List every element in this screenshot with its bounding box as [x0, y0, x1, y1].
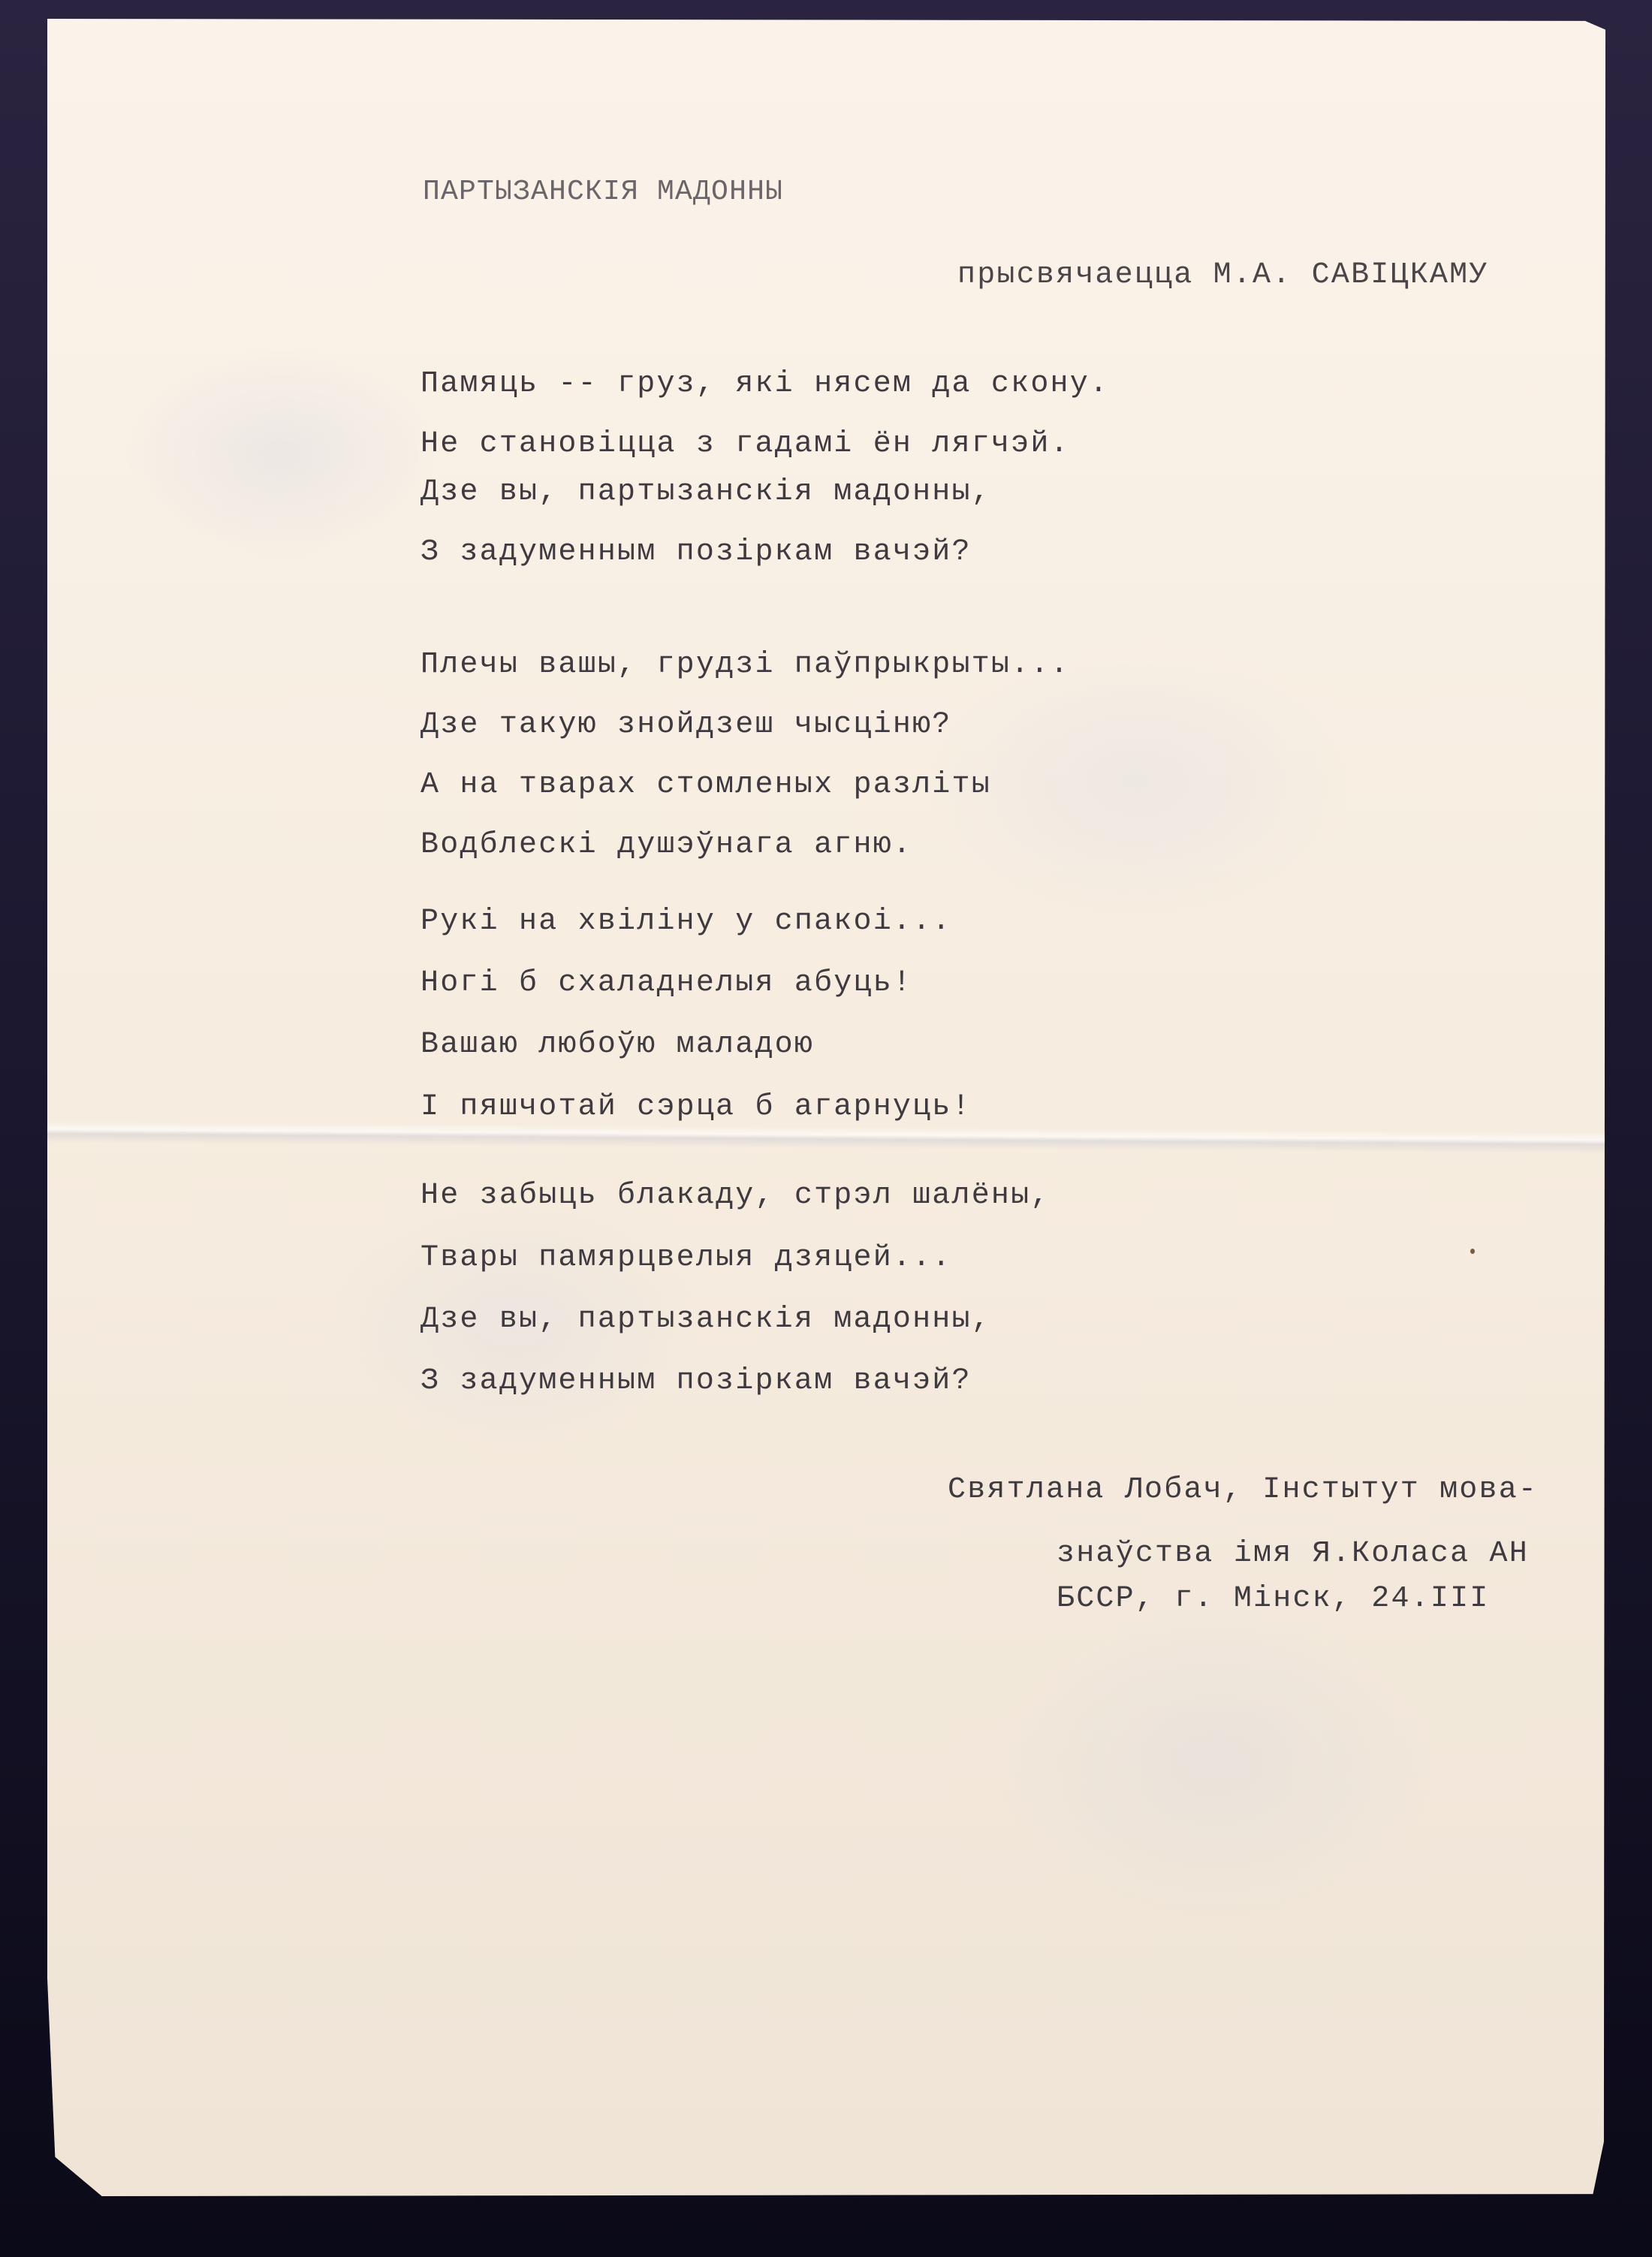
poem-line: З задуменным позіркам вачэй?: [421, 538, 972, 568]
dedication: прысвячаецца М.А. САВІЦКАМУ: [957, 261, 1489, 291]
poem-line: Ногі б схаладнелыя абуць!: [421, 969, 912, 999]
signature-institute-line: знаўства імя Я.Коласа АН: [1057, 1539, 1529, 1569]
poem-line: Вашаю любоўю маладою: [421, 1030, 814, 1060]
fold-crease: [47, 1120, 1605, 1153]
poem-line: Рукі на хвіліну у спакоі...: [421, 907, 952, 937]
poem-line: Водблескі душэўнага агню.: [421, 830, 912, 860]
poem-line: Не становіцца з гадамі ён лягчэй.: [421, 429, 1070, 460]
poem-line: З задуменным позіркам вачэй?: [421, 1367, 972, 1397]
poem-line: Дзе вы, партызанскія мадонны,: [421, 478, 991, 508]
signature-author-line: Святлана Лобач, Інстытут мова-: [948, 1475, 1538, 1505]
poem-line: Плечы вашы, грудзі паўпрыкрыты...: [421, 650, 1070, 680]
poem-title: ПАРТЫЗАНСКІЯ МАДОННЫ: [423, 178, 783, 206]
poem-line: Твары памярцвелыя дзяцей...: [421, 1243, 952, 1273]
poem-line: І пяшчотай сэрца б агарнуць!: [421, 1092, 972, 1122]
poem-line: Дзе вы, партызанскія мадонны,: [421, 1305, 991, 1335]
poem-line: Памяць -- груз, які нясем да скону.: [421, 369, 1109, 399]
poem-line: А на тварах стомленых разліты: [421, 770, 991, 800]
signature-place-date-line: БССР, г. Мінск, 24.ІІІ: [1057, 1584, 1490, 1614]
poem-line: Не забыць блакаду, стрэл шалёны,: [421, 1181, 1051, 1211]
paper-speck: [1470, 1249, 1475, 1254]
poem-line: Дзе такую знойдзеш чысціню?: [421, 710, 952, 740]
